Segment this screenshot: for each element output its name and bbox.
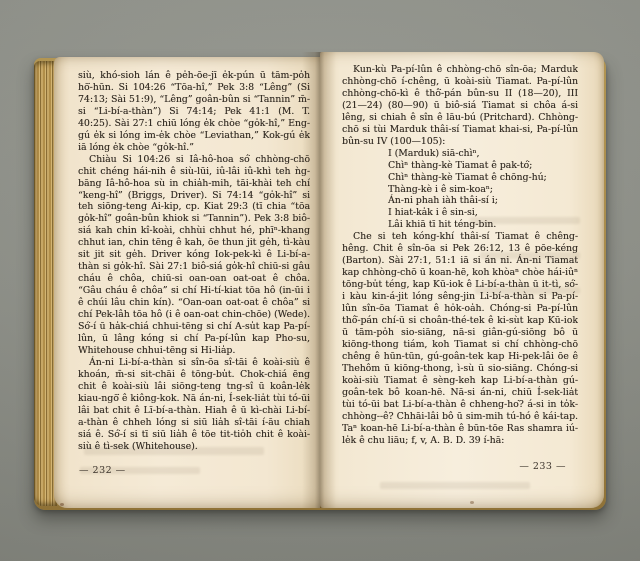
left-page: siù, khó-sioh lán ê pe̍h-ōe-jī e̍k-pún ū… [54, 57, 320, 508]
right-page: Kun-kù Pa-pí-lûn ê chhòng-chō sîn-ōa; Ma… [320, 52, 604, 508]
body-paragraph: Án-ni Li-bí-a-thàn si sîn-ōa sî-tāi ê ko… [78, 357, 310, 453]
photo-background: siù, khó-sioh lán ê pe̍h-ōe-jī e̍k-pún ū… [0, 0, 640, 561]
verse-line: Lâi khiā tī hit téng-bin. [388, 219, 578, 231]
body-paragraph: siù, khó-sioh lán ê pe̍h-ōe-jī e̍k-pún ū… [78, 70, 310, 154]
body-paragraph: Che si teh kóng-khí thâi-sí Tiamat ê chê… [342, 231, 578, 446]
left-page-text-block: siù, khó-sioh lán ê pe̍h-ōe-jī e̍k-pún ū… [78, 70, 310, 498]
right-page-text-block: Kun-kù Pa-pí-lûn ê chhòng-chō sîn-ōa; Ma… [342, 64, 578, 496]
verse-block: I (Marduk) siā-chìⁿ, Chìⁿ thàng-kè Tiama… [388, 148, 578, 232]
verse-line: Chìⁿ thàng-kè Tiamat ê chōng-hú; [388, 172, 578, 184]
body-paragraph: Kun-kù Pa-pí-lûn ê chhòng-chō sîn-ōa; Ma… [342, 64, 578, 148]
verse-line: Chìⁿ thàng-kè Tiamat ê pak-tó͘; [388, 160, 578, 172]
verse-line: I (Marduk) siā-chìⁿ, [388, 148, 578, 160]
verse-line: Án-ni phah iàh thâi-sí i; [388, 195, 578, 207]
page-number-left: — 232 — [79, 465, 126, 476]
page-number-right: — 233 — [519, 461, 566, 472]
body-paragraph: Chiàu Si 104:26 si Iâ-hô-hoa só͘ chhòng-… [78, 154, 310, 357]
verse-line: I hiat-ka̍k i ê sin-si, [388, 207, 578, 219]
verse-line: Thàng-kè i ê sim-koaⁿ; [388, 184, 578, 196]
open-book: siù, khó-sioh lán ê pe̍h-ōe-jī e̍k-pún ū… [30, 44, 610, 520]
foxing-spot [470, 501, 474, 504]
foxing-spot [60, 503, 64, 506]
